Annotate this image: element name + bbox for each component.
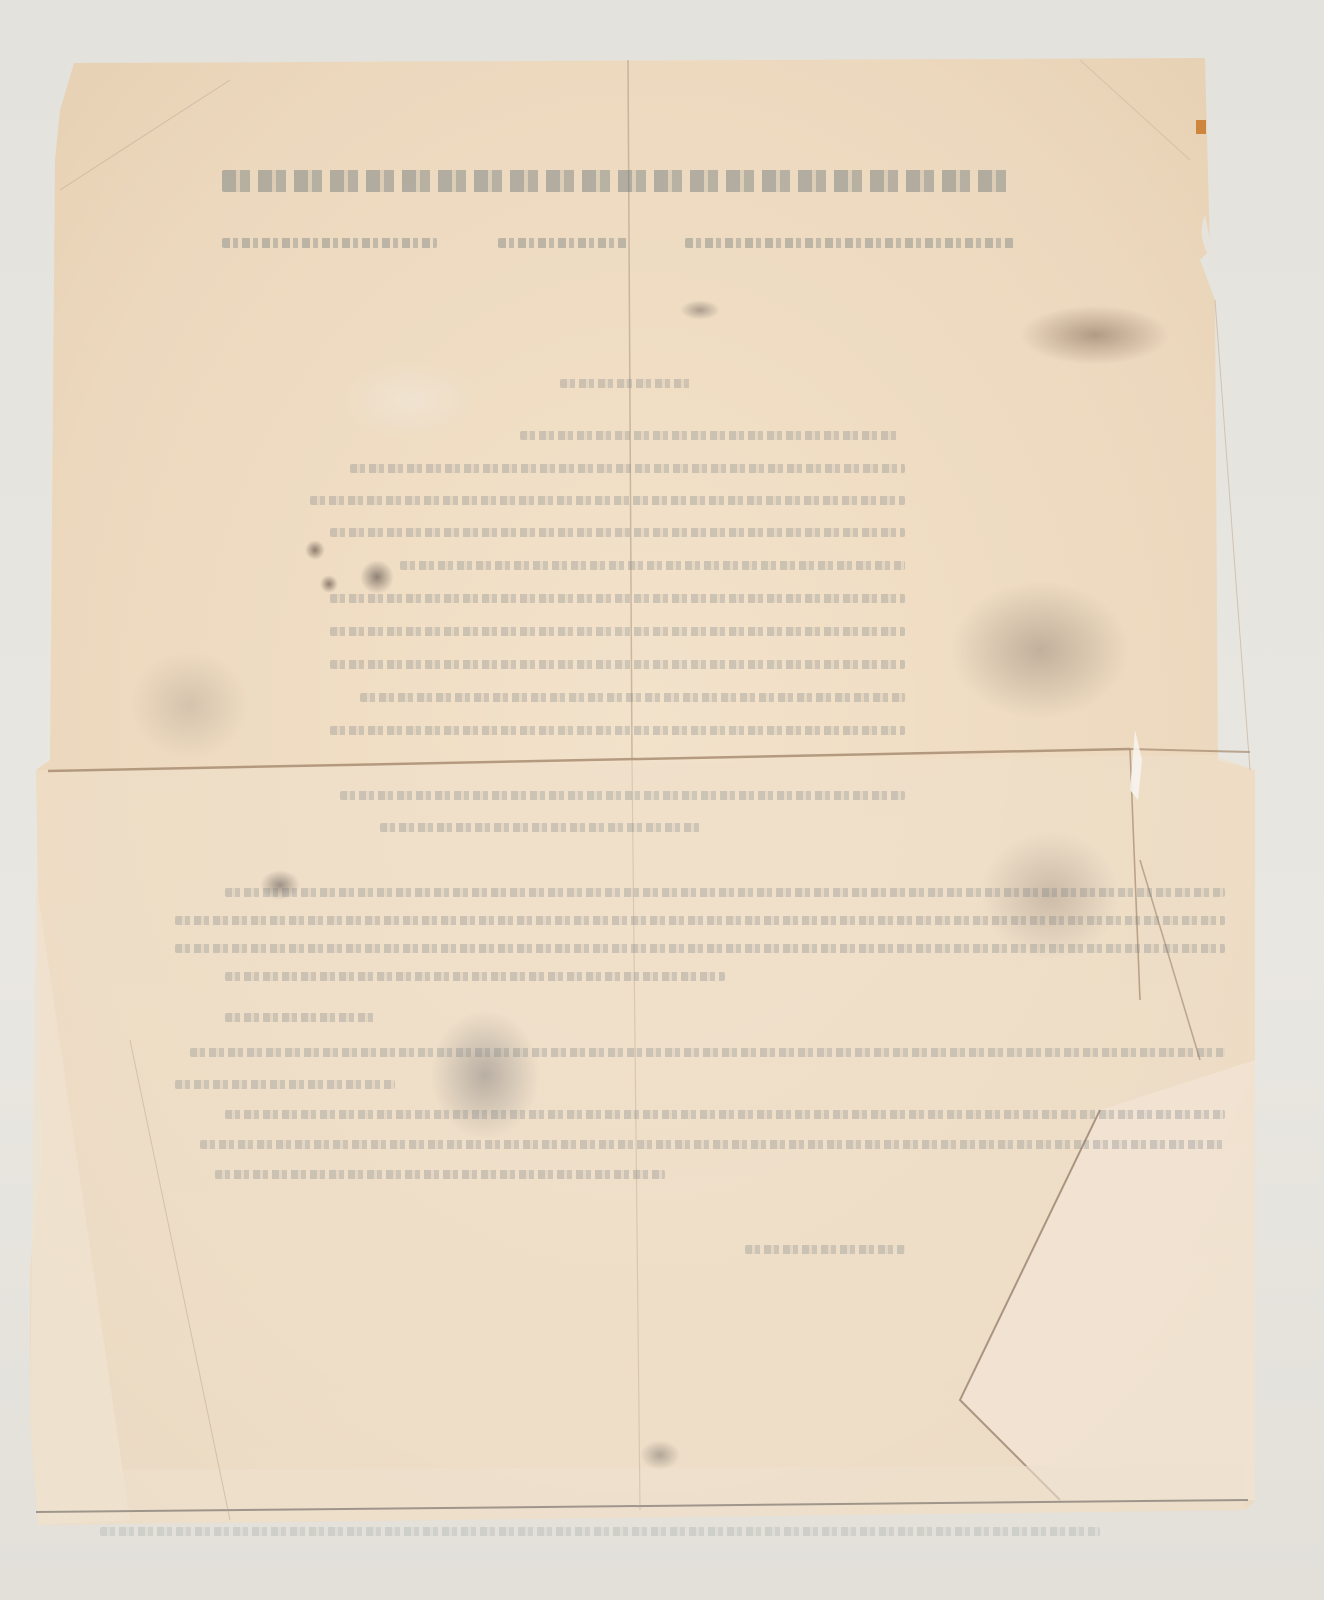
text-line: [illegible] bbox=[400, 561, 905, 570]
stain bbox=[130, 650, 250, 760]
text-line: [illegible] bbox=[175, 1080, 395, 1089]
text-line: [illegible] bbox=[200, 1140, 1225, 1149]
stain bbox=[305, 540, 325, 560]
text-line: [illegible] bbox=[175, 944, 1225, 953]
text-line: [illegible] bbox=[310, 496, 905, 505]
text-line: [illegible] bbox=[175, 916, 1225, 925]
header-subtitle-center: [illegible] bbox=[498, 238, 628, 248]
stain bbox=[320, 575, 338, 593]
stain bbox=[640, 1440, 680, 1470]
stain bbox=[680, 300, 720, 320]
text-line: [illegible] bbox=[340, 791, 905, 800]
footer-line: [illegible] bbox=[100, 1527, 1100, 1536]
header-subtitle-right: [illegible] bbox=[685, 238, 1015, 248]
text-line: [illegible] bbox=[520, 431, 900, 440]
text-line: [illegible] bbox=[380, 823, 700, 832]
stain bbox=[360, 560, 394, 594]
header-subtitle-left: [illegible] bbox=[222, 238, 437, 248]
text-line: [illegible] bbox=[350, 464, 905, 473]
stain bbox=[1020, 305, 1170, 365]
text-line: [illegible] bbox=[225, 888, 1225, 897]
text-line: [illegible] bbox=[190, 1048, 1225, 1057]
stain bbox=[430, 1010, 540, 1140]
paper-shape bbox=[0, 0, 1324, 1600]
text-line: [illegible] bbox=[330, 660, 905, 669]
text-line: [illegible] bbox=[360, 693, 905, 702]
text-line: [illegible] bbox=[225, 1110, 1225, 1119]
document-sheet: [illegible mirrored heading] [illegible]… bbox=[0, 0, 1324, 1600]
text-line: [illegible] bbox=[330, 594, 905, 603]
text-line: [illegible] bbox=[330, 726, 905, 735]
stain bbox=[340, 360, 480, 440]
text-line: [illegible] bbox=[225, 1013, 375, 1022]
text-line: [illegible] bbox=[330, 528, 905, 537]
stain bbox=[950, 580, 1130, 720]
text-line: [illegible] bbox=[215, 1170, 665, 1179]
header-title: [illegible mirrored heading] bbox=[222, 170, 1012, 192]
signature: [illegible] bbox=[745, 1245, 905, 1254]
text-line: [illegible] bbox=[225, 972, 725, 981]
text-line: [illegible] bbox=[330, 627, 905, 636]
section-heading: [illegible] bbox=[560, 379, 690, 388]
